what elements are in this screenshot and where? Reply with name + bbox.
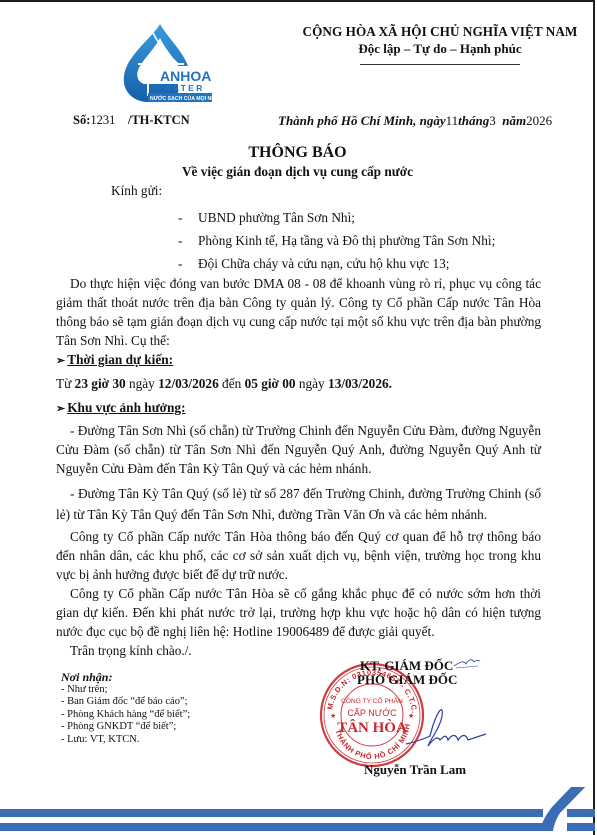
svg-text:WATER: WATER (163, 83, 205, 93)
hotline-paragraph: Công ty Cổ phần Cấp nước Tân Hòa sẽ cố g… (56, 584, 541, 641)
footer-decoration-stripes (0, 787, 595, 835)
recipients-block: Nơi nhận: - Như trên; - Ban Giám đốc “để… (61, 671, 190, 747)
recipients-heading: Nơi nhận: (61, 671, 190, 684)
date-year: 2026 (526, 113, 552, 128)
recipients-list-item: - Ban Giám đốc “để báo cáo”; (61, 696, 190, 709)
nation-title: CỘNG HÒA XÃ HỘI CHỦ NGHĨA VIỆT NAM (290, 24, 590, 40)
svg-text:CÔNG TY CỔ PHẦN: CÔNG TY CỔ PHẦN (341, 695, 403, 705)
intro-paragraph: Do thực hiện việc đóng van bước DMA 08 -… (56, 274, 541, 350)
notice-title: THÔNG BÁO (0, 144, 595, 162)
recipients-list-item: - Phòng GNKDT “để biết”; (61, 721, 190, 734)
place-date: Thành phố Hồ Chí Minh, ngày11tháng3 năm2… (278, 113, 552, 129)
recipient-item: -Đội Chữa cháy và cứu nạn, cứu hộ khu vự… (178, 256, 450, 272)
tanhoa-water-logo: ANHOA WATER NƯỚC SẠCH CỦA MỌI NHÀ (108, 20, 218, 104)
date-month: 3 (489, 113, 496, 128)
initials-mark (452, 656, 482, 670)
document-page: ANHOA WATER NƯỚC SẠCH CỦA MỌI NHÀ CỘNG H… (0, 0, 595, 835)
recipients-list-item: - Như trên; (61, 684, 190, 697)
doc-number-suffix: /TH-KTCN (128, 113, 190, 127)
recipient-item: -Phòng Kinh tế, Hạ tầng và Đô thị phường… (178, 233, 495, 249)
motto: Độc lập – Tự do – Hạnh phúc (290, 41, 590, 57)
svg-text:★: ★ (330, 712, 336, 720)
support-paragraph: Công ty Cổ phần Cấp nước Tân Hòa thông b… (56, 527, 541, 584)
svg-text:ANHOA: ANHOA (160, 68, 211, 84)
greeting: Kính gửi: (111, 183, 162, 199)
time-heading: ➢Thời gian dự kiến: (56, 350, 541, 371)
doc-number-label: Số: (73, 113, 90, 127)
motto-underline (360, 64, 520, 65)
time-range: Từ 23 giờ 30 ngày 12/03/2026 đến 05 giờ … (56, 374, 541, 393)
recipients-list-item: - Lưu: VT, KTCN. (61, 734, 190, 747)
month-label: tháng (458, 113, 489, 128)
arrow-bullet-icon: ➢ (56, 355, 65, 367)
national-heading: CỘNG HÒA XÃ HỘI CHỦ NGHĨA VIỆT NAM Độc l… (290, 24, 590, 65)
place-text: Thành phố Hồ Chí Minh, ngày (278, 113, 446, 128)
year-label: năm (502, 113, 526, 128)
svg-text:TÂN HÒA: TÂN HÒA (337, 719, 407, 736)
area-heading: ➢Khu vực ảnh hưởng: (56, 398, 541, 419)
signer-name: Nguyễn Trần Lam (364, 762, 466, 778)
date-day: 11 (446, 113, 459, 128)
notice-subtitle: Về việc gián đoạn dịch vụ cung cấp nước (0, 164, 595, 180)
signature-title-2: PHÓ GIÁM ĐỐC (357, 672, 457, 688)
recipients-list-item: - Phòng Khách hàng “để biết”; (61, 709, 190, 722)
svg-text:NƯỚC SẠCH CỦA MỌI NHÀ: NƯỚC SẠCH CỦA MỌI NHÀ (150, 94, 218, 102)
arrow-bullet-icon: ➢ (56, 403, 65, 415)
area-item: - Đường Tân Sơn Nhì (số chẵn) từ Trường … (56, 421, 541, 478)
handwritten-signature (400, 702, 500, 752)
notice-body: Do thực hiện việc đóng van bước DMA 08 -… (56, 274, 541, 660)
doc-number-value: 1231 (90, 113, 115, 127)
recipient-item: -UBND phường Tân Sơn Nhì; (178, 210, 355, 226)
document-number: Số:1231 /TH-KTCN (73, 113, 190, 128)
svg-text:CẤP NƯỚC: CẤP NƯỚC (347, 708, 397, 718)
area-item: - Đường Tân Kỳ Tân Quý (số lẻ) từ số 287… (56, 483, 541, 525)
